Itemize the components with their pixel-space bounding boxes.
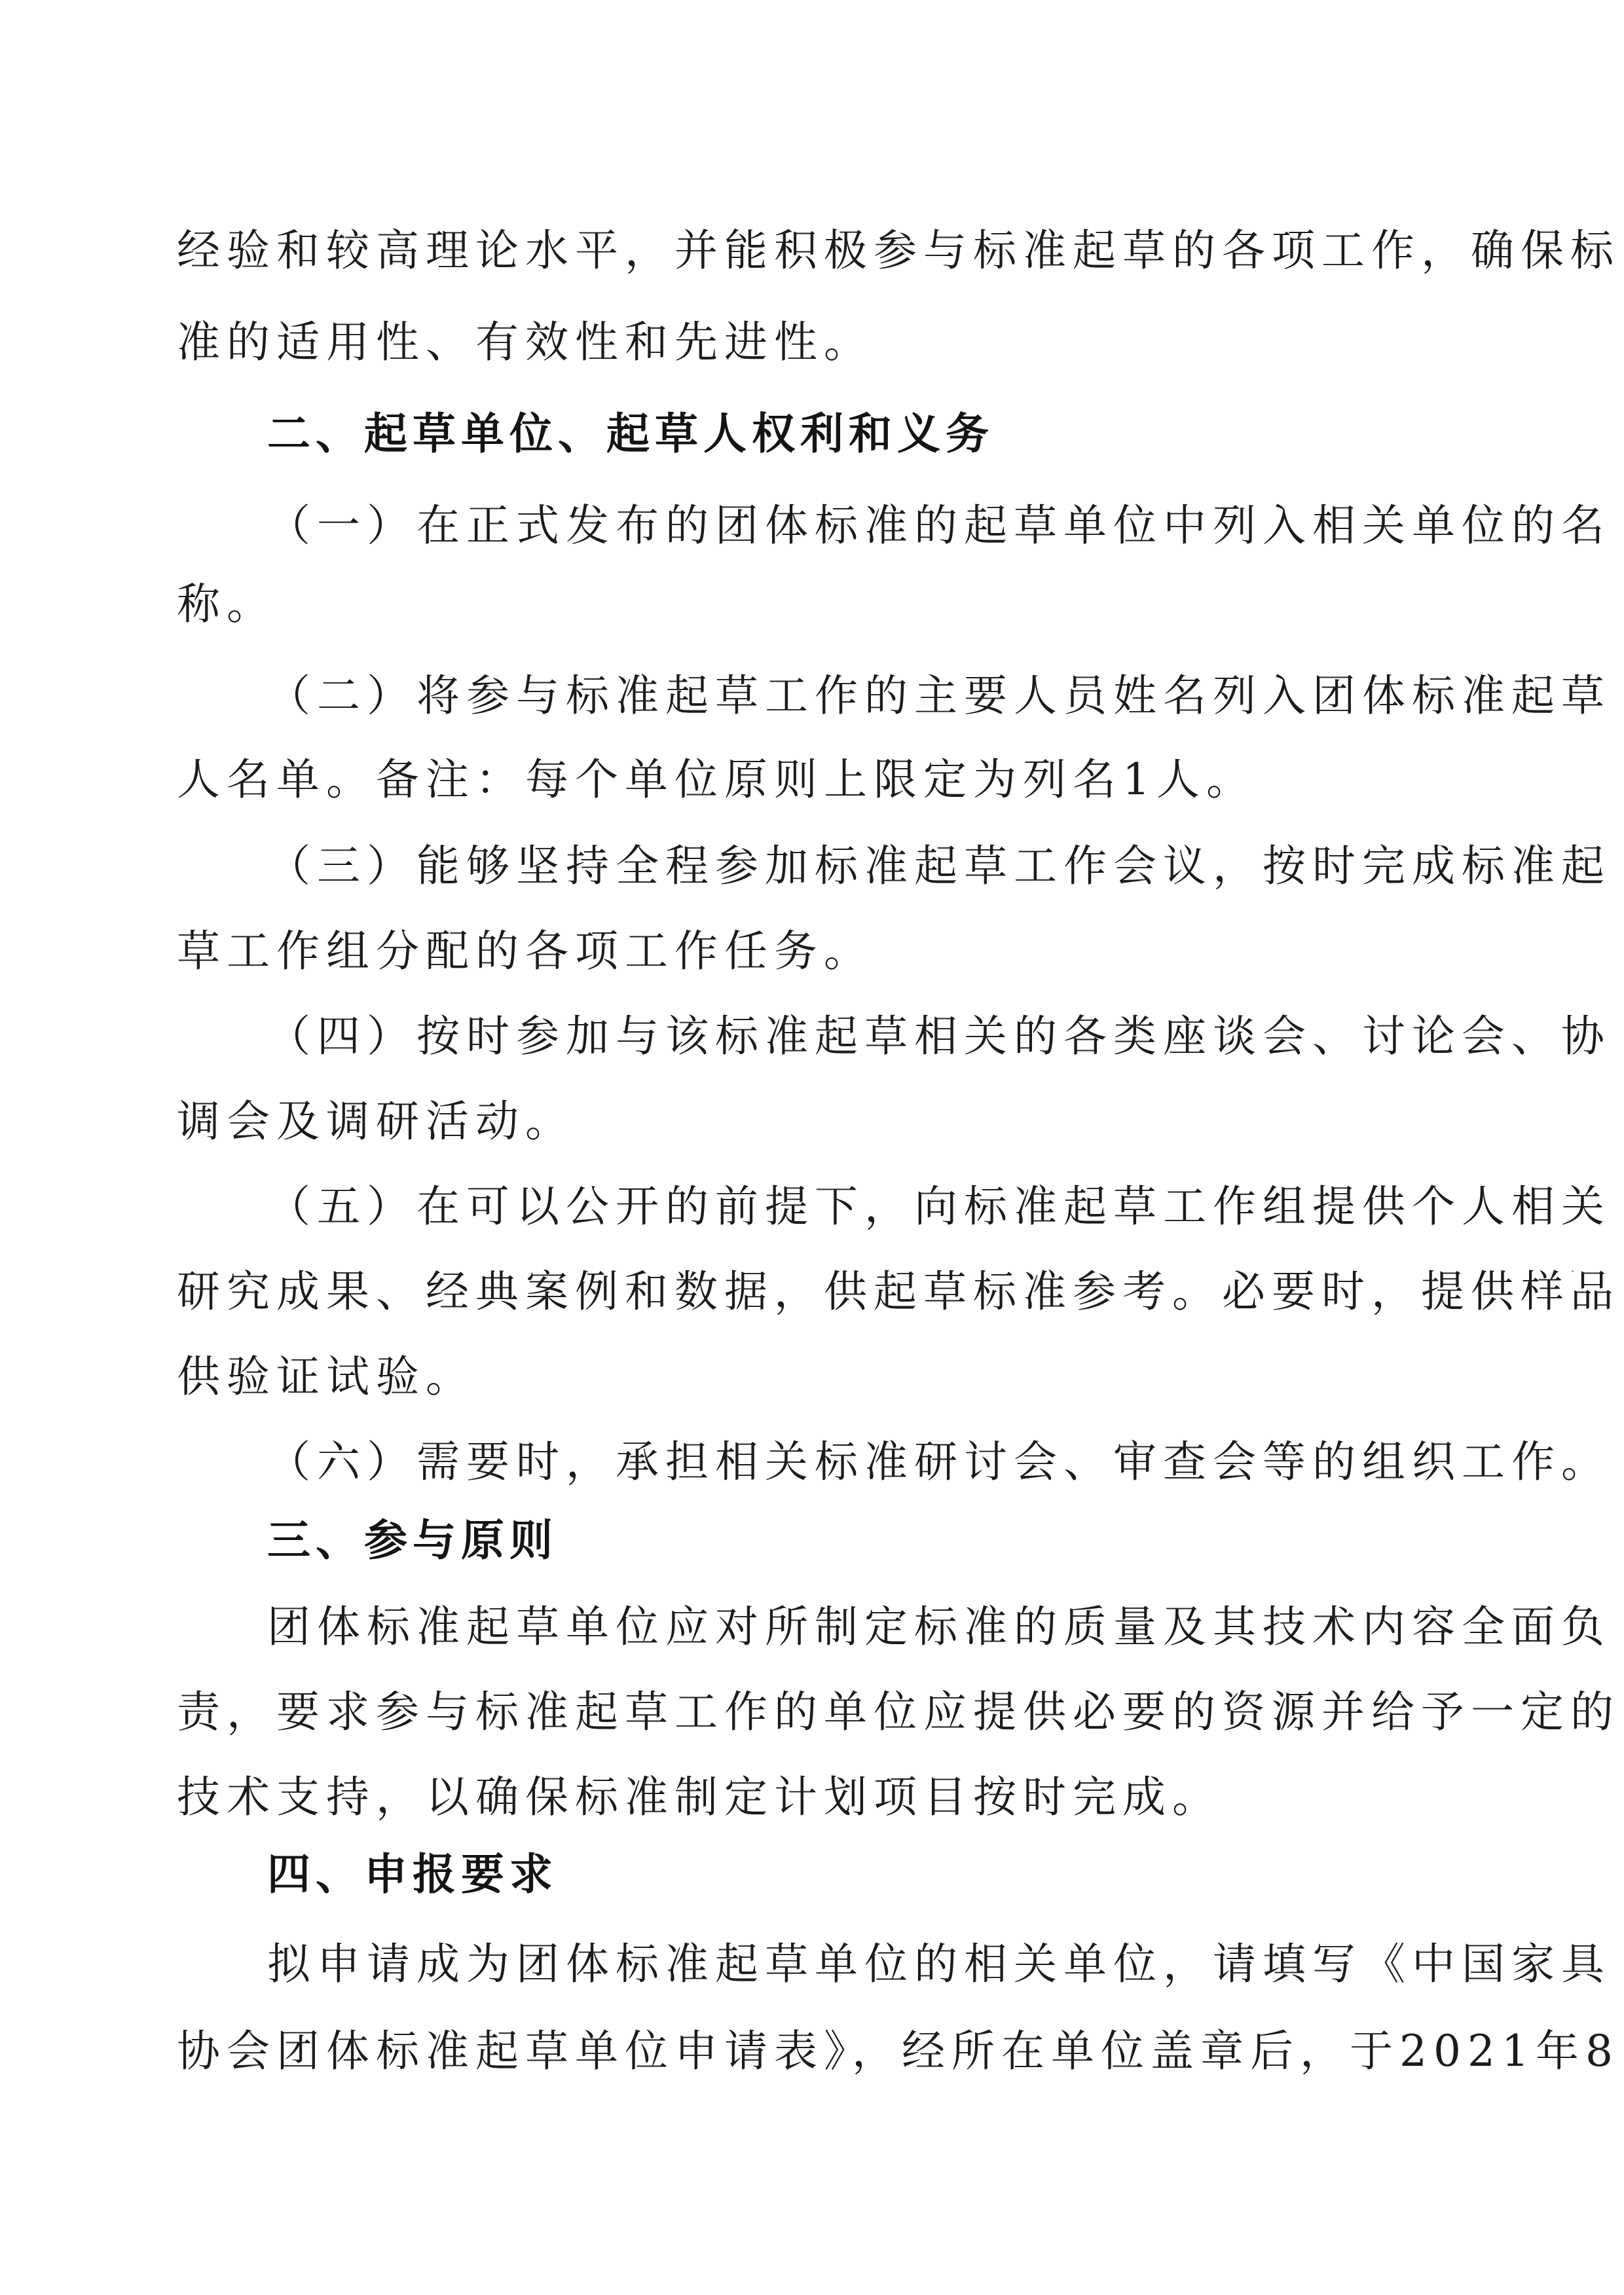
document-page: 经验和较高理论水平，并能积极参与标准起草的各项工作，确保标 准的适用性、有效性和… [0, 0, 1624, 2295]
list-item-line: 研究成果、经典案例和数据，供起草标准参考。必要时，提供样品 [177, 1262, 1620, 1321]
list-item-line: 供验证试验。 [177, 1348, 475, 1406]
body-line: 责，要求参与标准起草工作的单位应提供必要的资源并给予一定的 [177, 1683, 1620, 1742]
section-heading-4: 四、申报要求 [267, 1845, 558, 1904]
body-line: 拟申请成为团体标准起草单位的相关单位，请填写《中国家具 [267, 1935, 1611, 1994]
body-line: 准的适用性、有效性和先进性。 [177, 313, 874, 372]
body-line: 技术支持，以确保标准制定计划项目按时完成。 [177, 1768, 1222, 1827]
section-heading-2: 二、起草单位、起草人权利和义务 [267, 405, 994, 464]
list-item-line: 人名单。备注：每个单位原则上限定为列名1人。 [177, 750, 1256, 809]
list-item-line: 草工作组分配的各项工作任务。 [177, 922, 874, 981]
list-item-line: （六）需要时，承担相关标准研讨会、审查会等的组织工作。 [267, 1433, 1611, 1492]
scan-artifact [1572, 1270, 1574, 1272]
list-item-line: （二）将参与标准起草工作的主要人员姓名列入团体标准起草 [267, 667, 1611, 725]
body-line: 经验和较高理论水平，并能积极参与标准起草的各项工作，确保标 [177, 221, 1620, 280]
body-line: 协会团体标准起草单位申请表》，经所在单位盖章后，于2021年8 [177, 2022, 1619, 2081]
list-item-line: （五）在可以公开的前提下，向标准起草工作组提供个人相关 [267, 1177, 1611, 1236]
body-line: 团体标准起草单位应对所制定标准的质量及其技术内容全面负 [267, 1598, 1611, 1657]
list-item-line: （三）能够坚持全程参加标准起草工作会议，按时完成标准起 [267, 837, 1611, 896]
list-item-line: 调会及调研活动。 [177, 1092, 575, 1151]
list-item-line: （四）按时参加与该标准起草相关的各类座谈会、讨论会、协 [267, 1007, 1611, 1066]
list-item-line: 称。 [177, 575, 276, 634]
list-item-line: （一）在正式发布的团体标准的起草单位中列入相关单位的名 [267, 496, 1611, 555]
section-heading-3: 三、参与原则 [267, 1511, 558, 1570]
